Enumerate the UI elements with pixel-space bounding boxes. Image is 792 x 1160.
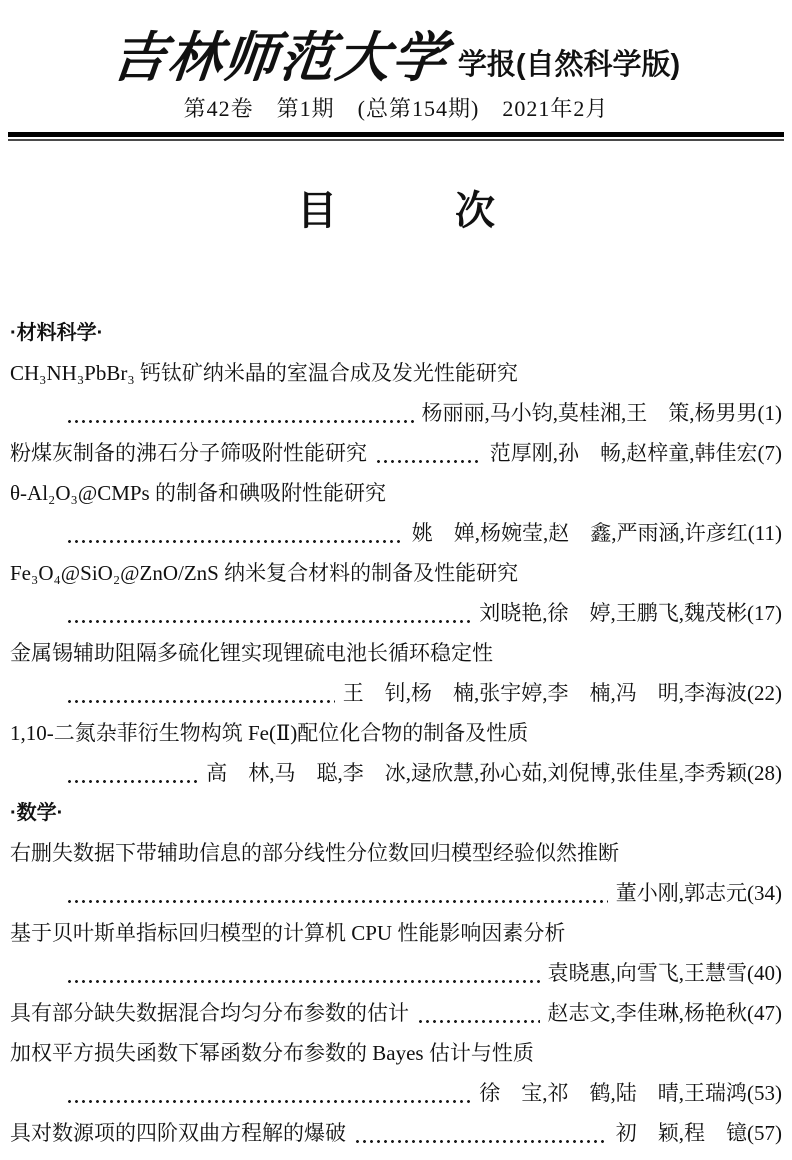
article-authors: 赵志文,李佳琳,杨艳秋(47) [548, 993, 783, 1033]
article-authors: 范厚刚,孙 畅,赵梓童,韩佳宏(7) [490, 433, 782, 473]
article-authors: 袁晓惠,向雪飞,王慧雪(40) [548, 953, 783, 993]
toc-entry-authors: 王 钊,杨 楠,张宇婷,李 楠,冯 明,李海波(22) [10, 673, 782, 713]
journal-toc-page: 吉林师范大学 学报(自然科学版) 第42卷 第1期 (总第154期) 2021年… [0, 0, 792, 1160]
toc-entry-authors: 姚 婵,杨婉莹,赵 鑫,严雨涵,许彦红(11) [10, 513, 782, 553]
journal-edition-title: 学报(自然科学版) [458, 51, 680, 84]
toc-entry-authors: 杨丽丽,马小钧,莫桂湘,王 策,杨男男(1) [10, 393, 782, 433]
leader-dots [66, 1099, 471, 1104]
leader-dots [375, 459, 482, 464]
article-authors: 姚 婵,杨婉莹,赵 鑫,严雨涵,许彦红(11) [412, 513, 782, 553]
toc-entry-authors: 董小刚,郭志元(34) [10, 873, 782, 913]
article-authors: 徐 宝,祁 鹤,陆 晴,王瑞鸿(53) [479, 1073, 782, 1113]
article-title: 金属锡辅助阻隔多硫化锂实现锂硫电池长循环稳定性 [10, 633, 782, 673]
toc-entry-authors: 刘晓艳,徐 婷,王鹏飞,魏茂彬(17) [10, 593, 782, 633]
leader-dots [66, 539, 404, 544]
toc-entry: 具有部分缺失数据混合均匀分布参数的估计赵志文,李佳琳,杨艳秋(47) [10, 993, 782, 1033]
leader-dots [66, 899, 608, 904]
toc-entry-authors: 高 林,马 聪,李 冰,逯欣慧,孙心茹,刘倪博,张佳星,李秀颖(28) [10, 753, 782, 793]
article-title: Fe₃O₄@SiO₂@ZnO/ZnS 纳米复合材料的制备及性能研究 [10, 553, 782, 593]
journal-header: 吉林师范大学 学报(自然科学版) 第42卷 第1期 (总第154期) 2021年… [8, 12, 784, 141]
toc-entry: 粉煤灰制备的沸石分子筛吸附性能研究范厚刚,孙 畅,赵梓童,韩佳宏(7) [10, 433, 782, 473]
article-title: CH₃NH₃PbBr₃ 钙钛矿纳米晶的室温合成及发光性能研究 [10, 353, 782, 393]
toc-title-char-right: 次 [455, 187, 495, 235]
toc-entry: 具对数源项的四阶双曲方程解的爆破初 颖,程 镱(57) [10, 1113, 782, 1153]
article-authors: 高 林,马 聪,李 冰,逯欣慧,孙心茹,刘倪博,张佳星,李秀颖(28) [206, 753, 782, 793]
leader-dots [66, 699, 335, 704]
article-authors: 初 颖,程 镱(57) [616, 1113, 782, 1153]
section-label: ·材料科学· [10, 313, 782, 353]
toc-entry-authors: 袁晓惠,向雪飞,王慧雪(40) [10, 953, 782, 993]
section-label: ·数学· [10, 793, 782, 833]
leader-dots [417, 1019, 540, 1024]
university-name-calligraphy: 吉林师范大学 [109, 30, 451, 84]
leader-dots [66, 419, 414, 424]
article-title: 具有部分缺失数据混合均匀分布参数的估计 [10, 993, 409, 1033]
toc-title: 目 次 [8, 187, 784, 235]
leader-dots [354, 1139, 608, 1144]
leader-dots [66, 979, 540, 984]
masthead: 吉林师范大学 学报(自然科学版) [8, 12, 784, 84]
article-title: 基于贝叶斯单指标回归模型的计算机 CPU 性能影响因素分析 [10, 913, 782, 953]
toc-title-char-left: 目 [297, 187, 337, 235]
toc-entry-authors: 徐 宝,祁 鹤,陆 晴,王瑞鸿(53) [10, 1073, 782, 1113]
article-title: 加权平方损失函数下幂函数分布参数的 Bayes 估计与性质 [10, 1033, 782, 1073]
article-authors: 刘晓艳,徐 婷,王鹏飞,魏茂彬(17) [479, 593, 782, 633]
article-title: 1,10-二氮杂菲衍生物构筑 Fe(Ⅱ)配位化合物的制备及性质 [10, 713, 782, 753]
leader-dots [66, 619, 471, 624]
article-title: 具对数源项的四阶双曲方程解的爆破 [10, 1113, 346, 1153]
article-title: 粉煤灰制备的沸石分子筛吸附性能研究 [10, 433, 367, 473]
article-authors: 王 钊,杨 楠,张宇婷,李 楠,冯 明,李海波(22) [343, 673, 782, 713]
header-double-rule [8, 132, 784, 141]
toc-list: ·材料科学·CH₃NH₃PbBr₃ 钙钛矿纳米晶的室温合成及发光性能研究杨丽丽,… [8, 313, 784, 1153]
leader-dots [66, 779, 198, 784]
rule-thin-line [8, 139, 784, 141]
article-title: 右删失数据下带辅助信息的部分线性分位数回归模型经验似然推断 [10, 833, 782, 873]
article-title: θ-Al₂O₃@CMPs 的制备和碘吸附性能研究 [10, 473, 782, 513]
article-authors: 董小刚,郭志元(34) [616, 873, 782, 913]
article-authors: 杨丽丽,马小钧,莫桂湘,王 策,杨男男(1) [422, 393, 783, 433]
issue-info: 第42卷 第1期 (总第154期) 2021年2月 [8, 92, 784, 123]
